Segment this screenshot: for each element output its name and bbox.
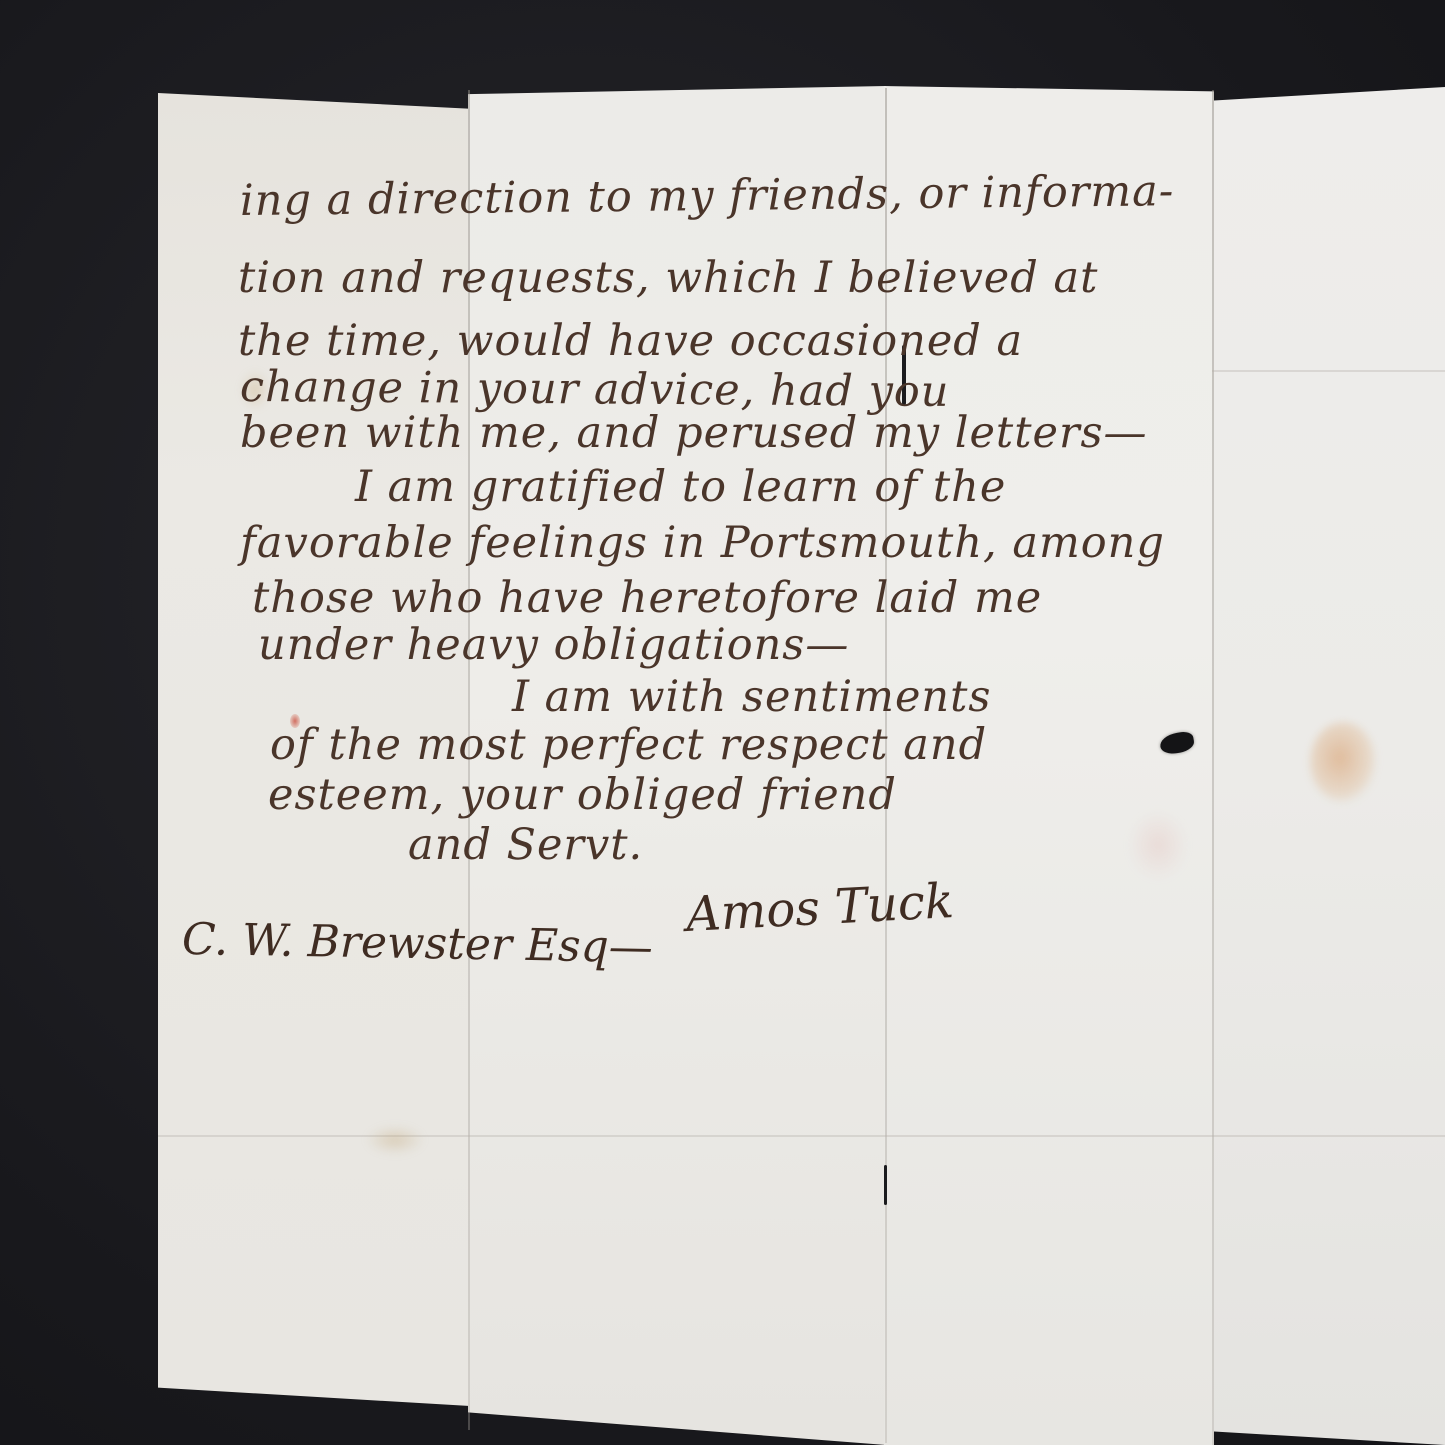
letter-line: I am gratified to learn of the: [355, 462, 1006, 512]
letter-line: the time, would have occasioned a: [238, 316, 1023, 366]
letter-line: been with me, and perused my letters—: [240, 408, 1148, 458]
letter-line: favorable feelings in Portsmouth, among: [240, 518, 1165, 568]
letter-line: those who have heretofore laid me: [252, 573, 1042, 623]
letter-line: ing a direction to my friends, or inform…: [240, 166, 1175, 226]
letter-line: and Servt.: [408, 820, 643, 870]
addressee: C. W. Brewster Esq—: [182, 914, 654, 973]
letter-line: under heavy obligations—: [258, 620, 849, 670]
letter-line: tion and requests, which I believed at: [238, 253, 1098, 303]
letter-line: esteem, your obliged friend: [268, 770, 897, 820]
letter-line: of the most perfect respect and: [270, 720, 987, 770]
letter-body: ing a direction to my friends, or inform…: [0, 0, 1445, 1445]
photo-background: ing a direction to my friends, or inform…: [0, 0, 1445, 1445]
signature: Amos Tuck: [685, 873, 955, 943]
letter-line: I am with sentiments: [512, 672, 991, 722]
